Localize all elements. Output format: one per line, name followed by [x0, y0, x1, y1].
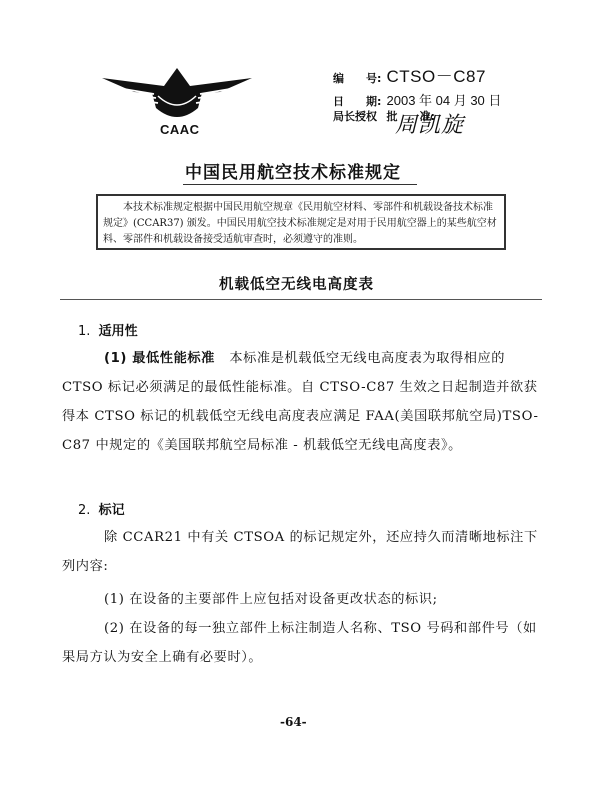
para-text: 本标准是机载低空无线电高度表为取得相应的CTSO 标记必须满足的最低性能标准。自… [62, 351, 539, 453]
doc-number-row: 编 号: CTSO－C87 [333, 62, 486, 87]
page-title: 中国民用航空技术标准规定 [185, 158, 401, 183]
logo-text: CAAC [160, 122, 200, 137]
doc-number-label: 编 号: [333, 70, 383, 86]
section-2-item-2: (2) 在设备的每一独立部件上标注制造人名称、TSO 号码和部件号（如果局方认为… [62, 614, 542, 672]
signature: 周凯旋 [395, 108, 464, 139]
date-value: 2003 年 04 月 30 日 [387, 93, 502, 108]
approval-label-1: 局长授权 [333, 110, 383, 124]
document-subtitle: 机载低空无线电高度表 [219, 273, 374, 294]
page-number: -64- [280, 715, 307, 729]
date-label: 日 期: [333, 93, 383, 109]
date-row: 日 期: 2003 年 04 月 30 日 [333, 90, 501, 109]
title-underline [183, 184, 417, 185]
notice-text: 本技术标准规定根据中国民用航空规章《民用航空材料、零部件和机载设备技术标准规定》… [103, 200, 499, 248]
subtitle-divider [60, 299, 542, 300]
section-2-intro: 除 CCAR21 中有关 CTSOA 的标记规定外，还应持久而清晰地标注下列内容… [62, 523, 542, 581]
section-1-heading: 1. 适用性 [78, 320, 138, 339]
notice-box: 本技术标准规定根据中国民用航空规章《民用航空材料、零部件和机载设备技术标准规定》… [96, 194, 506, 250]
section-2-item-1: (1) 在设备的主要部件上应包括对设备更改状态的标识; [62, 585, 542, 614]
doc-number-value: CTSO－C87 [387, 67, 486, 86]
section-2-heading: 2. 标记 [78, 499, 125, 518]
section-1-paragraph: (1) 最低性能标准 本标准是机载低空无线电高度表为取得相应的CTSO 标记必须… [62, 344, 542, 460]
caac-wings-logo-icon [102, 60, 252, 130]
para-label: (1) 最低性能标准 [104, 351, 215, 366]
